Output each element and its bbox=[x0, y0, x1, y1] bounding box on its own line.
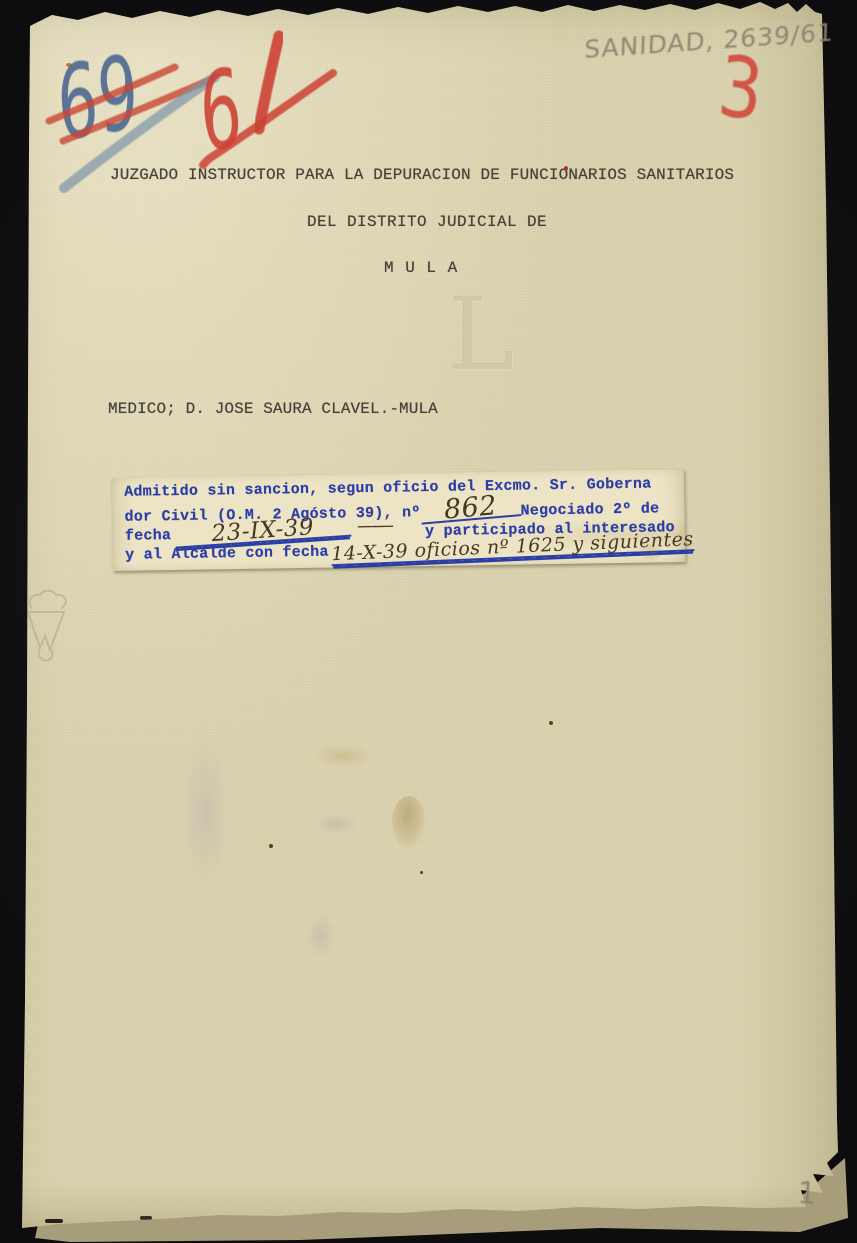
paper-watermark-crest bbox=[20, 586, 72, 682]
scanned-archival-document: L JUZGADO INSTRUCTOR PARA LA DEPURACION … bbox=[0, 0, 857, 1243]
speck bbox=[420, 871, 423, 874]
speck bbox=[549, 721, 553, 725]
admission-slip: Admitido sin sancion, segun oficio del E… bbox=[112, 469, 685, 571]
subject-medico-line: MEDICO; D. JOSE SAURA CLAVEL.-MULA bbox=[108, 400, 438, 418]
court-heading-line3-mula: M U L A bbox=[384, 259, 458, 277]
speck bbox=[66, 63, 72, 67]
stain bbox=[314, 744, 372, 768]
stain bbox=[306, 912, 336, 960]
slip-typed-text: fecha bbox=[125, 526, 172, 547]
stain bbox=[312, 814, 360, 834]
court-heading-line2: DEL DISTRITO JUDICIAL DE bbox=[307, 213, 547, 231]
speck bbox=[269, 844, 273, 848]
stain bbox=[392, 796, 426, 848]
stain bbox=[180, 730, 232, 895]
stain bbox=[638, 540, 664, 562]
speck bbox=[564, 166, 568, 171]
edge-debris bbox=[45, 1219, 63, 1223]
court-heading-line1: JUZGADO INSTRUCTOR PARA LA DEPURACION DE… bbox=[110, 166, 734, 184]
paper-watermark-letter: L bbox=[448, 276, 514, 393]
document-page: L JUZGADO INSTRUCTOR PARA LA DEPURACION … bbox=[0, 0, 857, 1243]
handwritten-flourish: —— bbox=[357, 515, 391, 536]
edge-debris bbox=[140, 1216, 152, 1220]
